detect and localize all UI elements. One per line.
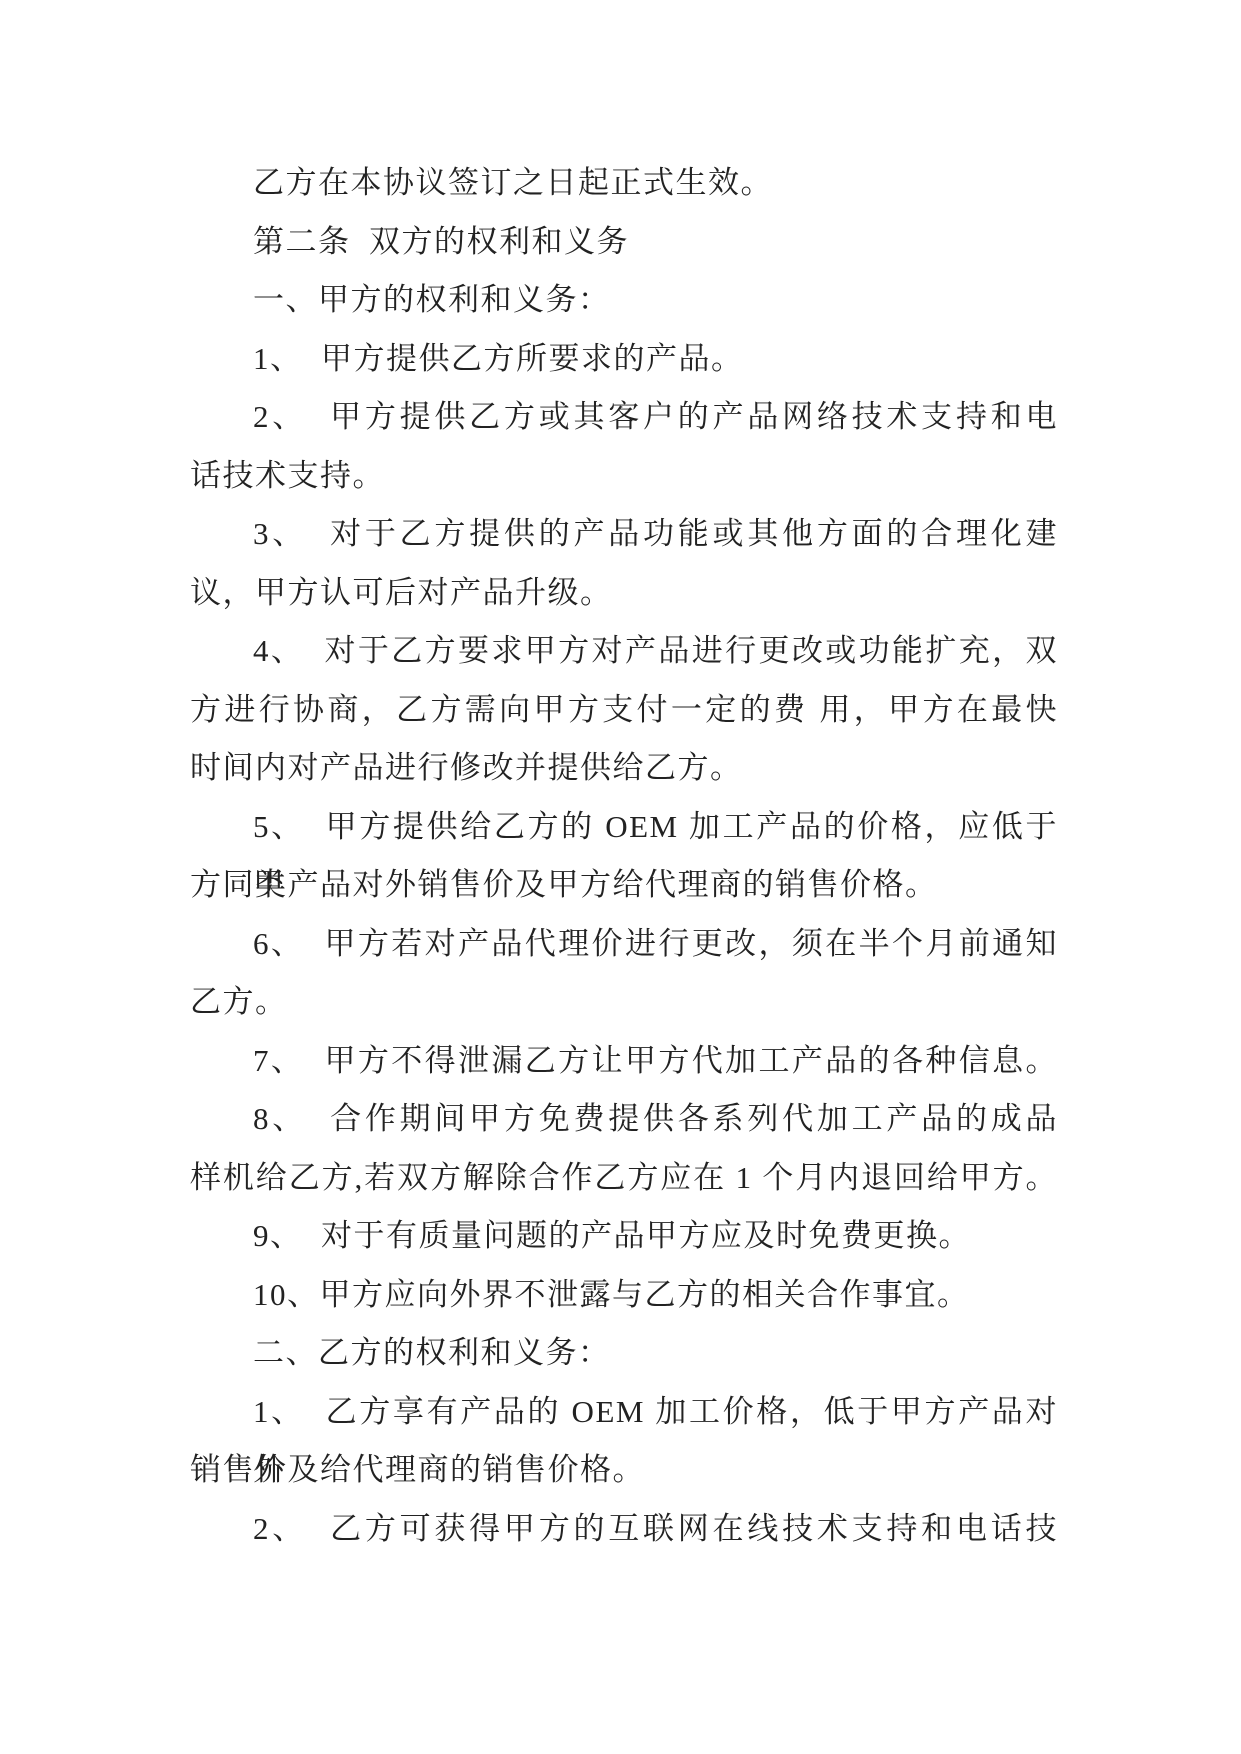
- party-a-rights-heading: 一、甲方的权利和义务：: [190, 271, 1058, 330]
- party-a-clause-3: 3、 对于乙方提供的产品功能或其他方面的合理化建: [190, 505, 1058, 564]
- party-a-clause-3-continuation: 议，甲方认可后对产品升级。: [190, 564, 1058, 623]
- party-b-clause-1-continuation: 销售价及给代理商的销售价格。: [190, 1441, 1058, 1500]
- document-page: 乙方在本协议签订之日起正式生效。 第二条 双方的权利和义务 一、甲方的权利和义务…: [0, 0, 1241, 1754]
- clause-effective-date-line: 乙方在本协议签订之日起正式生效。: [190, 154, 1058, 213]
- party-b-rights-heading: 二、乙方的权利和义务：: [190, 1324, 1058, 1383]
- party-a-clause-6: 6、 甲方若对产品代理价进行更改，须在半个月前通知: [190, 915, 1058, 974]
- party-b-clause-2: 2、 乙方可获得甲方的互联网在线技术支持和电话技: [190, 1500, 1058, 1559]
- party-a-clause-5: 5、 甲方提供给乙方的 OEM 加工产品的价格，应低于甲: [190, 798, 1058, 857]
- party-a-clause-2-continuation: 话技术支持。: [190, 447, 1058, 506]
- party-a-clause-8-continuation: 样机给乙方,若双方解除合作乙方应在 1 个月内退回给甲方。: [190, 1149, 1058, 1208]
- party-a-clause-4: 4、 对于乙方要求甲方对产品进行更改或功能扩充，双: [190, 622, 1058, 681]
- party-a-clause-10: 10、甲方应向外界不泄露与乙方的相关合作事宜。: [190, 1266, 1058, 1325]
- party-a-clause-5-continuation: 方同类产品对外销售价及甲方给代理商的销售价格。: [190, 856, 1058, 915]
- party-a-clause-4-continuation-1: 方进行协商，乙方需向甲方支付一定的费 用，甲方在最快: [190, 681, 1058, 740]
- party-a-clause-4-continuation-2: 时间内对产品进行修改并提供给乙方。: [190, 739, 1058, 798]
- party-a-clause-6-continuation: 乙方。: [190, 973, 1058, 1032]
- party-a-clause-8: 8、 合作期间甲方免费提供各系列代加工产品的成品: [190, 1090, 1058, 1149]
- party-a-clause-1: 1、 甲方提供乙方所要求的产品。: [190, 330, 1058, 389]
- party-a-clause-7: 7、 甲方不得泄漏乙方让甲方代加工产品的各种信息。: [190, 1032, 1058, 1091]
- article-2-heading: 第二条 双方的权利和义务: [190, 213, 1058, 272]
- party-a-clause-2: 2、 甲方提供乙方或其客户的产品网络技术支持和电: [190, 388, 1058, 447]
- party-a-clause-9: 9、 对于有质量问题的产品甲方应及时免费更换。: [190, 1207, 1058, 1266]
- party-b-clause-1: 1、 乙方享有产品的 OEM 加工价格，低于甲方产品对外: [190, 1383, 1058, 1442]
